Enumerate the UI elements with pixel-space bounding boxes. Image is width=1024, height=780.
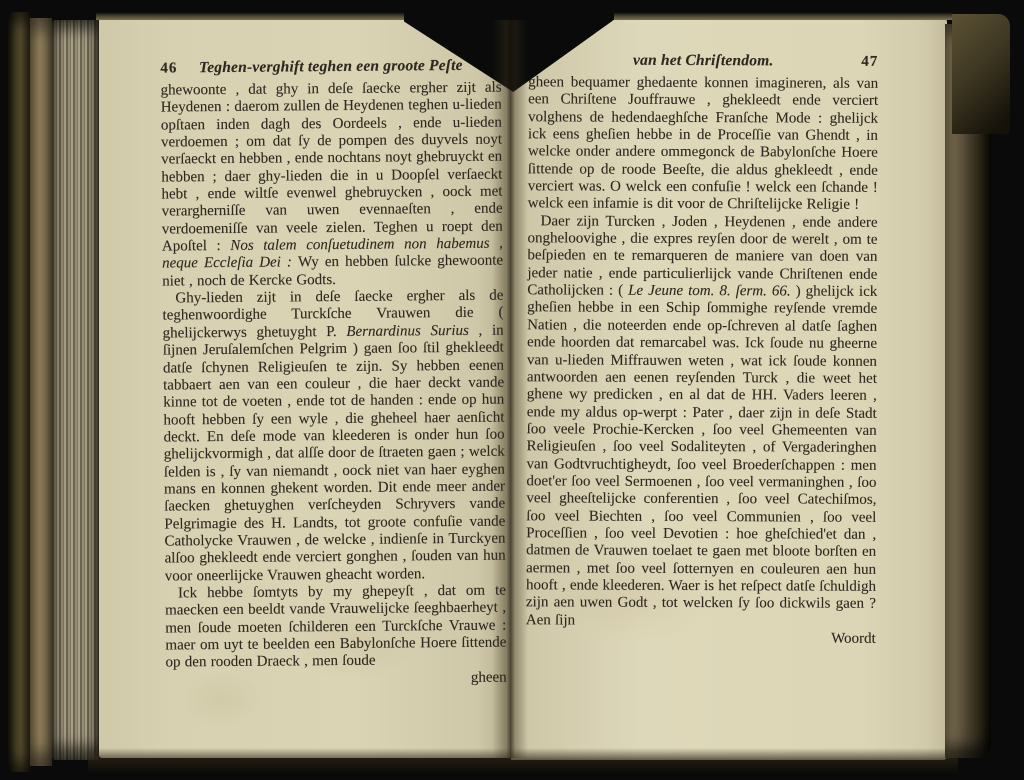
right-running-header: van het Chriſtendom. 47 bbox=[528, 51, 878, 71]
text-segment: ) ghelijck ick gheſien hebbe in een Schi… bbox=[526, 284, 878, 629]
text-segment: Ick hebbe ſomtyts by my ghepeyſt , dat o… bbox=[165, 582, 506, 670]
right-header-title: van het Chriſtendom. bbox=[633, 52, 774, 70]
right-page-text: van het Chriſtendom. 47 gheen bequamer g… bbox=[526, 51, 879, 648]
book-cover-left-edge bbox=[8, 12, 30, 772]
book-bottom-edge bbox=[88, 748, 958, 774]
page-edges-left-stack bbox=[52, 20, 99, 760]
left-page-number: 46 bbox=[160, 59, 177, 77]
paragraph: Daer zijn Turcken , Joden , Heydenen , e… bbox=[526, 213, 878, 631]
text-segment: ghewoonte , dat ghy in deſe ſaecke erghe… bbox=[160, 80, 502, 255]
paragraph: ghewoonte , dat ghy in deſe ſaecke erghe… bbox=[160, 80, 503, 291]
page-edges-right-curl bbox=[945, 24, 991, 758]
left-text-block: ghewoonte , dat ghy in deſe ſaecke erghe… bbox=[160, 80, 506, 673]
right-text-block: gheen bequamer ghedaente konnen imaginer… bbox=[526, 74, 878, 631]
paragraph: Ick hebbe ſomtyts by my ghepeyſt , dat o… bbox=[165, 582, 507, 672]
book-cover-right-edge bbox=[952, 14, 1010, 134]
text-segment: , in ſijnen Jeruſalemſchen Pelgrim ) gae… bbox=[163, 322, 506, 584]
left-catchword: gheen bbox=[166, 669, 507, 689]
left-running-header: 46 Teghen-verghift teghen een groote Peſ… bbox=[160, 57, 501, 78]
italic-text-segment: Bernardinus Surius bbox=[346, 323, 469, 340]
text-segment: gheen bequamer ghedaente konnen imaginer… bbox=[528, 74, 879, 213]
right-catchword: Woordt bbox=[526, 629, 876, 648]
book-photo: 46 Teghen-verghift teghen een groote Peſ… bbox=[0, 0, 1024, 780]
left-page-text: 46 Teghen-verghift teghen een groote Peſ… bbox=[160, 57, 506, 690]
left-header-title: Teghen-verghift teghen een groote Peſte bbox=[199, 57, 463, 76]
right-page-number: 47 bbox=[861, 53, 878, 71]
paragraph: gheen bequamer ghedaente konnen imaginer… bbox=[528, 74, 879, 214]
book-board-left bbox=[30, 18, 52, 766]
italic-text-segment: Le Jeune tom. 8. ſerm. 66. bbox=[628, 283, 791, 300]
paragraph: Ghy-lieden zijt in deſe ſaecke ergher al… bbox=[162, 288, 506, 586]
